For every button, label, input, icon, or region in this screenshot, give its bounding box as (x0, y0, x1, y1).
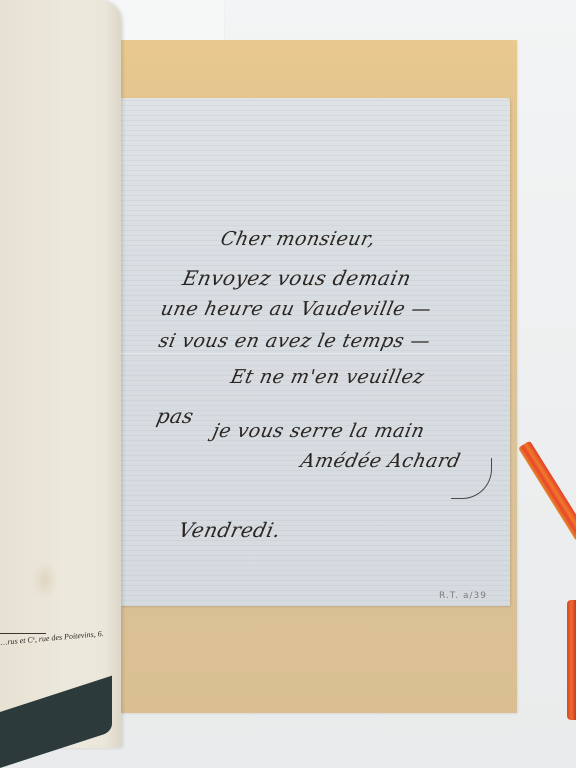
letter-signature: Amédée Achard (299, 450, 463, 472)
letter-salutation: Cher monsieur, (219, 228, 378, 250)
letter-line: Et ne m'en veuillez (229, 366, 427, 388)
signature-flourish (451, 458, 492, 499)
letter-line: une heure au Vaudeville — (159, 298, 434, 320)
letter-line: pas (154, 404, 196, 428)
white-card (108, 0, 224, 44)
archive-reference: R.T. a/39 (439, 591, 487, 601)
letter-dateline: Vendredi. (176, 518, 283, 542)
letter-line: si vous en avez le temps — (157, 330, 433, 352)
letter-line: je vous serre la main (211, 420, 427, 442)
ribbon-bookmark-tail (567, 600, 576, 720)
paper-fold (121, 353, 510, 354)
page-stain (32, 560, 58, 600)
letter-line: Envoyez vous demain (180, 266, 413, 290)
handwritten-letter: Cher monsieur, Envoyez vous demain une h… (121, 98, 510, 606)
